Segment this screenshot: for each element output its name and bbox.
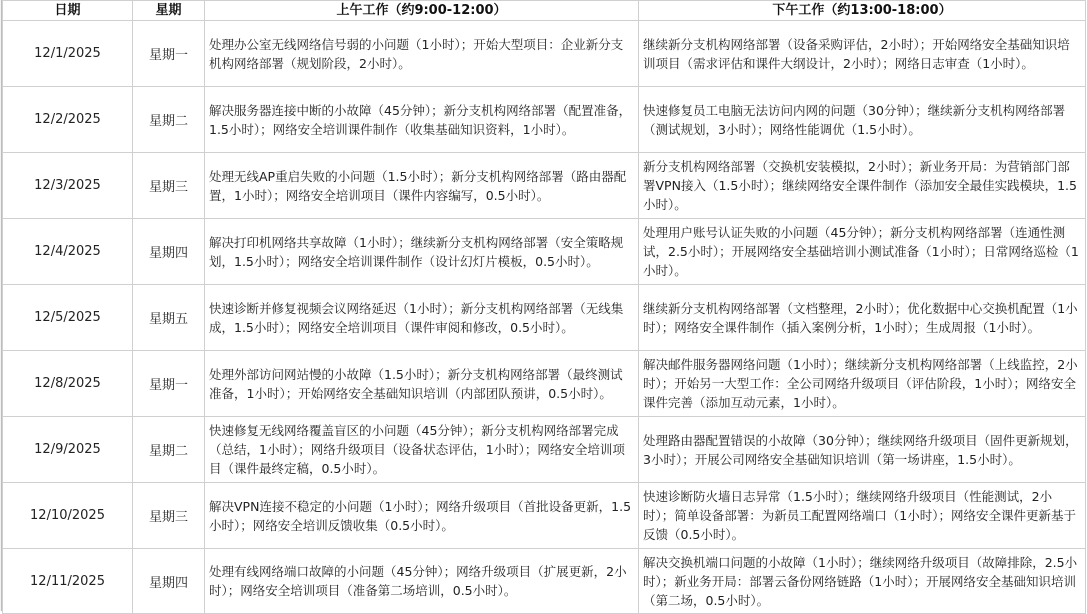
weekday-cell[interactable]: 星期四 [133,549,205,612]
morning-cell[interactable]: 解决VPN连接不稳定的小问题（1小时）；网络升级项目（首批设备更新，1.5小时）… [205,483,639,549]
header-morning[interactable]: 上午工作（约9:00-12:00） [205,1,639,21]
weekday-cell[interactable]: 星期五 [133,285,205,351]
afternoon-cell[interactable]: 处理用户账号认证失败的小问题（45分钟）；新分支机构网络部署（连通性测试，2.5… [639,219,1086,285]
work-log-sheet: 日期 星期 上午工作（约9:00-12:00） 下午工作（约13:00-18:0… [2,0,1085,611]
weekday-cell[interactable]: 星期二 [133,87,205,153]
table-row: 12/8/2025 星期一 处理外部访问网站慢的小故障（1.5小时）；新分支机构… [3,351,1086,417]
afternoon-text: 新分支机构网络部署（交换机安装模拟，2小时）；新业务开局：为营销部门部署VPN接… [643,157,1081,214]
afternoon-text: 解决交换机端口问题的小故障（1小时）；继续网络升级项目（故障排除，2.5小时）；… [643,553,1081,610]
morning-cell[interactable]: 处理有线网络端口故障的小问题（45分钟）；网络升级项目（扩展更新，2小时）；网络… [205,549,639,612]
date-cell[interactable]: 12/4/2025 [3,219,133,285]
table-row: 12/3/2025 星期三 处理无线AP重启失败的小问题（1.5小时）；新分支机… [3,153,1086,219]
header-weekday[interactable]: 星期 [133,1,205,21]
afternoon-cell[interactable]: 处理路由器配置错误的小故障（30分钟）；继续网络升级项目（固件更新规划，3小时）… [639,417,1086,483]
afternoon-cell[interactable]: 新分支机构网络部署（交换机安装模拟，2小时）；新业务开局：为营销部门部署VPN接… [639,153,1086,219]
weekday-cell[interactable]: 星期一 [133,21,205,87]
morning-cell[interactable]: 处理无线AP重启失败的小问题（1.5小时）；新分支机构网络部署（路由器配置，1小… [205,153,639,219]
afternoon-cell[interactable]: 快速诊断防火墙日志异常（1.5小时）；继续网络升级项目（性能测试，2小时）；简单… [639,483,1086,549]
date-cell[interactable]: 12/8/2025 [3,351,133,417]
date-cell[interactable]: 12/2/2025 [3,87,133,153]
table-row: 12/1/2025 星期一 处理办公室无线网络信号弱的小问题（1小时）；开始大型… [3,21,1086,87]
date-cell[interactable]: 12/11/2025 [3,549,133,612]
date-cell[interactable]: 12/5/2025 [3,285,133,351]
morning-text: 快速修复无线网络覆盖盲区的小问题（45分钟）；新分支机构网络部署完成（总结，1小… [209,421,634,478]
weekday-cell[interactable]: 星期一 [133,351,205,417]
morning-cell[interactable]: 处理外部访问网站慢的小故障（1.5小时）；新分支机构网络部署（最终测试准备，1小… [205,351,639,417]
afternoon-cell[interactable]: 继续新分支机构网络部署（文档整理，2小时）；优化数据中心交换机配置（1小时）；网… [639,285,1086,351]
afternoon-cell[interactable]: 解决邮件服务器网络问题（1小时）；继续新分支机构网络部署（上线监控，2小时）；开… [639,351,1086,417]
morning-cell[interactable]: 快速修复无线网络覆盖盲区的小问题（45分钟）；新分支机构网络部署完成（总结，1小… [205,417,639,483]
afternoon-text: 快速修复员工电脑无法访问内网的问题（30分钟）；继续新分支机构网络部署（测试规划… [643,101,1081,139]
morning-cell[interactable]: 解决服务器连接中断的小故障（45分钟）；新分支机构网络部署（配置准备，1.5小时… [205,87,639,153]
morning-text: 解决打印机网络共享故障（1小时）；继续新分支机构网络部署（安全策略规划，1.5小… [209,233,634,271]
work-log-table: 日期 星期 上午工作（约9:00-12:00） 下午工作（约13:00-18:0… [2,0,1086,611]
weekday-cell[interactable]: 星期四 [133,219,205,285]
afternoon-text: 继续新分支机构网络部署（设备采购评估，2小时）；开始网络安全基础知识培训项目（需… [643,35,1081,73]
table-row: 12/5/2025 星期五 快速诊断并修复视频会议网络延迟（1小时）；新分支机构… [3,285,1086,351]
afternoon-cell[interactable]: 继续新分支机构网络部署（设备采购评估，2小时）；开始网络安全基础知识培训项目（需… [639,21,1086,87]
morning-text: 快速诊断并修复视频会议网络延迟（1小时）；新分支机构网络部署（无线集成，1.5小… [209,299,634,337]
afternoon-text: 处理路由器配置错误的小故障（30分钟）；继续网络升级项目（固件更新规划，3小时）… [643,431,1081,469]
header-date[interactable]: 日期 [3,1,133,21]
table-row: 12/11/2025 星期四 处理有线网络端口故障的小问题（45分钟）；网络升级… [3,549,1086,612]
afternoon-cell[interactable]: 解决交换机端口问题的小故障（1小时）；继续网络升级项目（故障排除，2.5小时）；… [639,549,1086,612]
weekday-cell[interactable]: 星期三 [133,483,205,549]
weekday-cell[interactable]: 星期三 [133,153,205,219]
morning-text: 解决VPN连接不稳定的小问题（1小时）；网络升级项目（首批设备更新，1.5小时）… [209,497,634,535]
table-row: 12/2/2025 星期二 解决服务器连接中断的小故障（45分钟）；新分支机构网… [3,87,1086,153]
morning-cell[interactable]: 解决打印机网络共享故障（1小时）；继续新分支机构网络部署（安全策略规划，1.5小… [205,219,639,285]
afternoon-text: 快速诊断防火墙日志异常（1.5小时）；继续网络升级项目（性能测试，2小时）；简单… [643,487,1081,544]
date-cell[interactable]: 12/9/2025 [3,417,133,483]
table-row: 12/10/2025 星期三 解决VPN连接不稳定的小问题（1小时）；网络升级项… [3,483,1086,549]
afternoon-cell[interactable]: 快速修复员工电脑无法访问内网的问题（30分钟）；继续新分支机构网络部署（测试规划… [639,87,1086,153]
morning-text: 处理办公室无线网络信号弱的小问题（1小时）；开始大型项目：企业新分支机构网络部署… [209,35,634,73]
morning-text: 处理有线网络端口故障的小问题（45分钟）；网络升级项目（扩展更新，2小时）；网络… [209,562,634,600]
morning-text: 处理无线AP重启失败的小问题（1.5小时）；新分支机构网络部署（路由器配置，1小… [209,167,634,205]
afternoon-text: 解决邮件服务器网络问题（1小时）；继续新分支机构网络部署（上线监控，2小时）；开… [643,355,1081,412]
table-row: 12/9/2025 星期二 快速修复无线网络覆盖盲区的小问题（45分钟）；新分支… [3,417,1086,483]
date-cell[interactable]: 12/10/2025 [3,483,133,549]
morning-text: 处理外部访问网站慢的小故障（1.5小时）；新分支机构网络部署（最终测试准备，1小… [209,365,634,403]
header-row: 日期 星期 上午工作（约9:00-12:00） 下午工作（约13:00-18:0… [3,1,1086,21]
header-afternoon[interactable]: 下午工作（约13:00-18:00） [639,1,1086,21]
afternoon-text: 继续新分支机构网络部署（文档整理，2小时）；优化数据中心交换机配置（1小时）；网… [643,299,1081,337]
weekday-cell[interactable]: 星期二 [133,417,205,483]
table-row: 12/4/2025 星期四 解决打印机网络共享故障（1小时）；继续新分支机构网络… [3,219,1086,285]
date-cell[interactable]: 12/1/2025 [3,21,133,87]
afternoon-text: 处理用户账号认证失败的小问题（45分钟）；新分支机构网络部署（连通性测试，2.5… [643,223,1081,280]
date-cell[interactable]: 12/3/2025 [3,153,133,219]
morning-cell[interactable]: 处理办公室无线网络信号弱的小问题（1小时）；开始大型项目：企业新分支机构网络部署… [205,21,639,87]
morning-text: 解决服务器连接中断的小故障（45分钟）；新分支机构网络部署（配置准备，1.5小时… [209,101,634,139]
morning-cell[interactable]: 快速诊断并修复视频会议网络延迟（1小时）；新分支机构网络部署（无线集成，1.5小… [205,285,639,351]
